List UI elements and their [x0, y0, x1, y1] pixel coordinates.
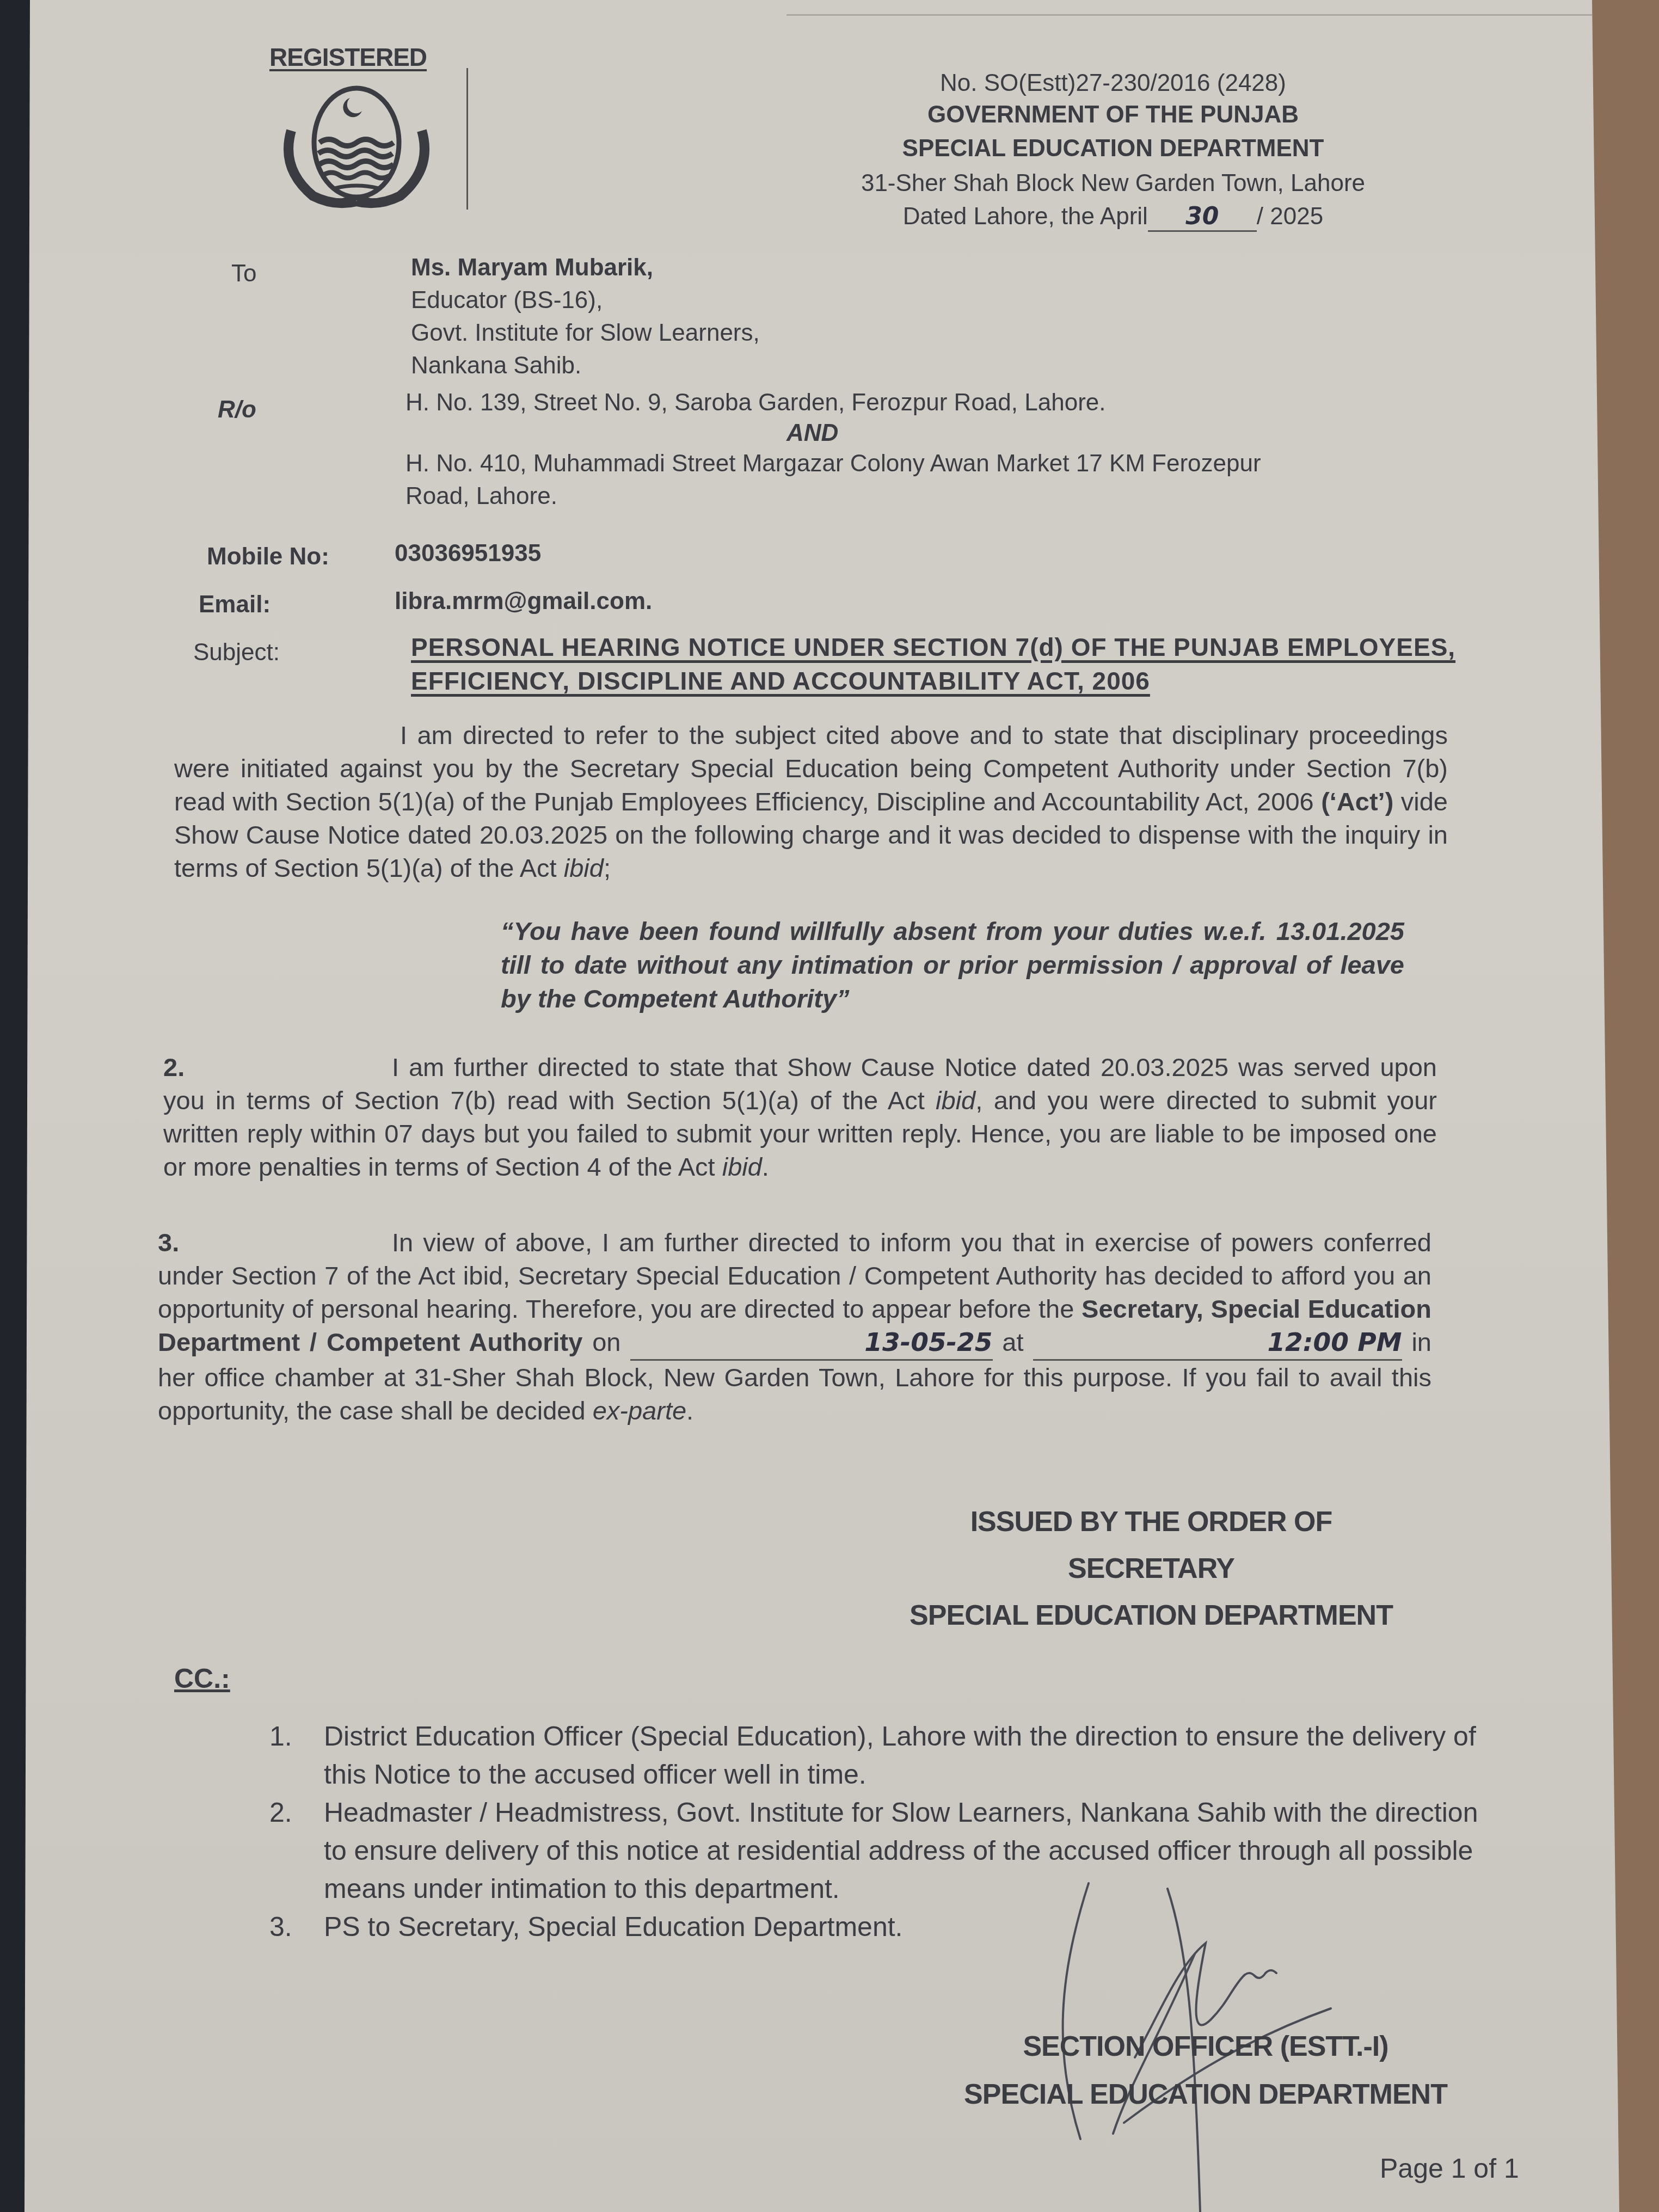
dated-prefix: Dated Lahore, the April: [903, 203, 1148, 230]
mobile-number: 03036951935: [395, 540, 541, 567]
para1-text-a: I am directed to refer to the subject ci…: [174, 721, 1448, 816]
and-label: AND: [787, 417, 838, 450]
recipient-block: Ms. Maryam Mubarik, Educator (BS-16), Go…: [411, 251, 760, 382]
recipient-designation: Educator (BS-16),: [411, 284, 760, 317]
para3-text-at: at: [993, 1328, 1024, 1356]
hearing-date-handwritten: 13-05-25: [630, 1326, 992, 1361]
para2-text-c: .: [762, 1152, 769, 1181]
charge-quote: “You have been found willfully absent fr…: [501, 914, 1404, 1016]
cc-label: CC.:: [174, 1663, 230, 1694]
issued-by-line-1: ISSUED BY THE ORDER OF: [906, 1506, 1396, 1538]
residential-address-2: H. No. 410, Muhammadi Street Margazar Co…: [405, 447, 1261, 513]
issued-by-line-2: SECRETARY: [906, 1552, 1396, 1585]
dated-line: Dated Lahore, the April30/ 2025: [787, 202, 1440, 232]
cc-item-number: 1.: [269, 1717, 324, 1793]
cc-item-text: PS to Secretary, Special Education Depar…: [324, 1908, 903, 1946]
ex-parte: ex-parte: [593, 1396, 686, 1425]
para3-text-on: on: [582, 1328, 630, 1356]
paragraph-1: I am directed to refer to the subject ci…: [174, 718, 1448, 884]
recipient-institute: Govt. Institute for Slow Learners,: [411, 317, 760, 349]
cc-item-number: 2.: [269, 1793, 324, 1908]
cc-item-text: District Education Officer (Special Educ…: [324, 1717, 1505, 1793]
dated-suffix: / 2025: [1257, 203, 1323, 230]
punjab-emblem-icon: [253, 82, 460, 212]
address-2-line-1: H. No. 410, Muhammadi Street Margazar Co…: [405, 447, 1261, 480]
para2-ibid-2: ibid: [722, 1152, 762, 1181]
cc-item: 1.District Education Officer (Special Ed…: [269, 1717, 1505, 1793]
department-address: 31-Sher Shah Block New Garden Town, Laho…: [787, 170, 1440, 197]
header-divider: [466, 68, 468, 210]
reference-number: No. SO(Estt)27-230/2016 (2428): [787, 70, 1440, 97]
email-address: libra.mrm@gmail.com.: [395, 588, 652, 615]
address-2-line-2: Road, Lahore.: [405, 480, 1261, 513]
top-rule: [787, 14, 1592, 16]
ro-label: R/o: [218, 396, 256, 423]
document-page: REGISTERED No. SO(Estt)27-230/2016 (2428…: [24, 0, 1619, 2212]
signatory-title: SECTION OFFICER (ESTT.-I): [933, 2030, 1478, 2063]
issued-by-line-3: SPECIAL EDUCATION DEPARTMENT: [906, 1599, 1396, 1632]
para1-ibid: ibid: [564, 853, 604, 882]
mobile-label: Mobile No:: [207, 543, 329, 570]
para3-text-c: .: [686, 1396, 693, 1425]
government-title: GOVERNMENT OF THE PUNJAB: [787, 101, 1440, 128]
hearing-time-handwritten: 12:00 PM: [1033, 1326, 1402, 1361]
dated-day-handwritten: 30: [1148, 202, 1257, 232]
signatory-department: SPECIAL EDUCATION DEPARTMENT: [933, 2078, 1478, 2111]
page-number: Page 1 of 1: [1380, 2153, 1519, 2184]
cc-item-number: 3.: [269, 1908, 324, 1946]
to-label: To: [231, 260, 256, 287]
para1-text-c: ;: [604, 853, 611, 882]
recipient-city: Nankana Sahib.: [411, 349, 760, 382]
email-label: Email:: [199, 591, 271, 618]
paragraph-3: In view of above, I am further directed …: [158, 1226, 1431, 1427]
act-abbreviation: (‘Act’): [1321, 787, 1393, 816]
department-title: SPECIAL EDUCATION DEPARTMENT: [787, 135, 1440, 162]
subject-text: PERSONAL HEARING NOTICE UNDER SECTION 7(…: [411, 630, 1456, 698]
residential-address-1: H. No. 139, Street No. 9, Saroba Garden,…: [405, 386, 1105, 419]
para2-ibid-1: ibid: [936, 1086, 975, 1115]
recipient-name: Ms. Maryam Mubarik,: [411, 251, 760, 284]
subject-label: Subject:: [193, 639, 280, 666]
registered-label: REGISTERED: [269, 42, 427, 72]
paragraph-2: I am further directed to state that Show…: [163, 1050, 1437, 1183]
